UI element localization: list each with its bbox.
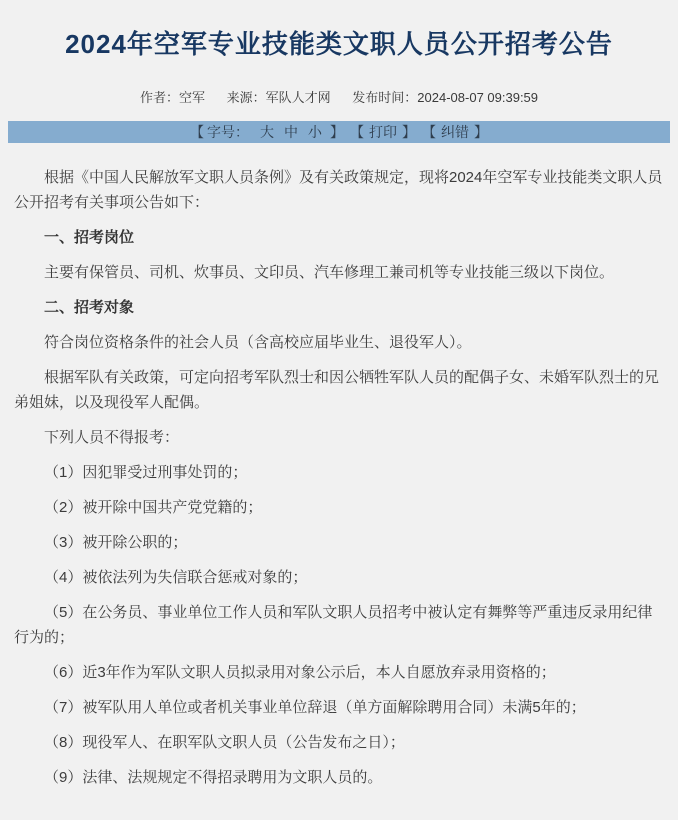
source-label: 来源： (227, 90, 266, 105)
list-item-5: （5）在公务员、事业单位工作人员和军队文职人员招考中被认定有舞弊等严重违反录用纪… (14, 600, 664, 650)
print-button[interactable]: 打印 (369, 121, 397, 143)
fontsize-small-button[interactable]: 小 (308, 121, 322, 143)
meta-source-group: 来源：军队人才网 (227, 90, 331, 105)
bracket-close-correction: 】 (474, 121, 488, 143)
article-meta: 作者：空军 来源：军队人才网 发布时间：2024-08-07 09:39:59 (0, 90, 678, 106)
list-item-8: （8）现役军人、在职军队文职人员（公告发布之日）； (14, 730, 664, 755)
bracket-open-print: 【 (350, 121, 364, 143)
list-item-1: （1）因犯罪受过刑事处罚的； (14, 460, 664, 485)
list-item-9: （9）法律、法规规定不得招录聘用为文职人员的。 (14, 765, 664, 790)
fontsize-medium-button[interactable]: 中 (284, 121, 298, 143)
paragraph-positions: 主要有保管员、司机、炊事员、文印员、汽车修理工兼司机等专业技能三级以下岗位。 (14, 260, 664, 285)
bracket-open-correction: 【 (422, 121, 436, 143)
article-body: 根据《中国人民解放军文职人员条例》及有关政策规定，现将2024年空军专业技能类文… (0, 165, 678, 820)
author-label: 作者： (140, 90, 179, 105)
meta-publish-time-group: 发布时间：2024-08-07 09:39:59 (352, 90, 538, 105)
list-item-2: （2）被开除中国共产党党籍的； (14, 495, 664, 520)
toolbar: 【字号：大中小】【打印】【纠错】 (8, 121, 670, 143)
list-item-7: （7）被军队用人单位或者机关事业单位辞退（单方面解除聘用合同）未满5年的； (14, 695, 664, 720)
list-item-3: （3）被开除公职的； (14, 530, 664, 555)
publish-time-label: 发布时间： (352, 90, 417, 105)
source-value: 军队人才网 (266, 90, 331, 105)
bracket-close-fontsize: 】 (330, 121, 344, 143)
announcement-page: 2024年空军专业技能类文职人员公开招考公告 作者：空军 来源：军队人才网 发布… (0, 0, 678, 820)
meta-author-group: 作者：空军 (140, 90, 205, 105)
fontsize-label: 字号： (207, 121, 249, 143)
page-title: 2024年空军专业技能类文职人员公开招考公告 (0, 26, 678, 62)
section-heading-targets: 二、招考对象 (14, 295, 664, 320)
publish-time-value: 2024-08-07 09:39:59 (417, 90, 538, 105)
paragraph-targets: 符合岗位资格条件的社会人员（含高校应届毕业生、退役军人）。 (14, 330, 664, 355)
list-item-4: （4）被依法列为失信联合惩戒对象的； (14, 565, 664, 590)
bracket-close-print: 】 (402, 121, 416, 143)
paragraph-directed-recruit: 根据军队有关政策，可定向招考军队烈士和因公牺牲军队人员的配偶子女、未婚军队烈士的… (14, 365, 664, 415)
list-item-6: （6）近3年作为军队文职人员拟录用对象公示后，本人自愿放弃录用资格的； (14, 660, 664, 685)
fontsize-large-button[interactable]: 大 (260, 121, 274, 143)
author-value: 空军 (179, 90, 205, 105)
paragraph-intro: 根据《中国人民解放军文职人员条例》及有关政策规定，现将2024年空军专业技能类文… (14, 165, 664, 215)
paragraph-ineligible-intro: 下列人员不得报考： (14, 425, 664, 450)
section-heading-positions: 一、招考岗位 (14, 225, 664, 250)
bracket-open-fontsize: 【 (190, 121, 204, 143)
error-correction-button[interactable]: 纠错 (441, 121, 469, 143)
